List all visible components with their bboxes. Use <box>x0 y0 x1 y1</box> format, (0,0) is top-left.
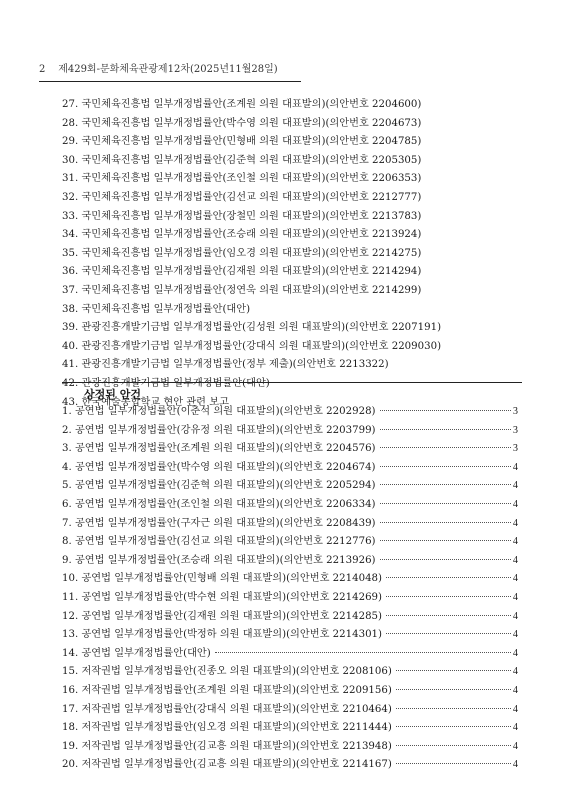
toc-entry[interactable]: 15. 저작권법 일부개정법률안(진종오 의원 대표발의)(의안번호 22081… <box>62 663 518 682</box>
toc-entry-title: 15. 저작권법 일부개정법률안(진종오 의원 대표발의)(의안번호 22081… <box>62 663 392 682</box>
dot-leader <box>386 577 511 578</box>
dot-leader <box>380 466 511 467</box>
toc-page-number: 4 <box>513 477 518 496</box>
toc-entry[interactable]: 17. 저작권법 일부개정법률안(강대식 의원 대표발의)(의안번호 22104… <box>62 701 518 720</box>
toc-page-number: 4 <box>513 738 518 757</box>
toc-entry-title: 5. 공연법 일부개정법률안(김준혁 의원 대표발의)(의안번호 2205294… <box>62 477 376 496</box>
session-title: 제429회-문화체육관광제12차(2025년11월28일) <box>58 64 277 75</box>
dot-leader <box>386 633 511 634</box>
toc-entry[interactable]: 8. 공연법 일부개정법률안(김선교 의원 대표발의)(의안번호 2212776… <box>62 533 518 552</box>
section-heading: 상정된 안건 <box>84 387 141 403</box>
dot-leader <box>396 726 511 727</box>
dot-leader <box>386 615 511 616</box>
dot-leader <box>215 652 511 653</box>
toc-page-number: 4 <box>513 701 518 720</box>
toc-entry[interactable]: 12. 공연법 일부개정법률안(김재원 의원 대표발의)(의안번호 221428… <box>62 608 518 627</box>
toc-page-number: 4 <box>513 608 518 627</box>
toc-page-number: 4 <box>513 496 518 515</box>
toc-entry-title: 4. 공연법 일부개정법률안(박수영 의원 대표발의)(의안번호 2204674… <box>62 459 376 478</box>
toc-entry[interactable]: 2. 공연법 일부개정법률안(강유정 의원 대표발의)(의안번호 2203799… <box>62 422 518 441</box>
toc-entry-title: 20. 저작권법 일부개정법률안(김교흥 의원 대표발의)(의안번호 22141… <box>62 756 392 775</box>
dot-leader <box>380 429 511 430</box>
toc-entry[interactable]: 14. 공연법 일부개정법률안(대안)4 <box>62 645 518 664</box>
toc-page-number: 4 <box>513 663 518 682</box>
agenda-item: 38. 국민체육진흥법 일부개정법률안(대안) <box>62 301 522 320</box>
toc-entry[interactable]: 10. 공연법 일부개정법률안(민형배 의원 대표발의)(의안번호 221404… <box>62 570 518 589</box>
toc-page-number: 3 <box>513 440 518 459</box>
toc-page-number: 4 <box>513 719 518 738</box>
toc-entry[interactable]: 6. 공연법 일부개정법률안(조인철 의원 대표발의)(의안번호 2206334… <box>62 496 518 515</box>
agenda-item: 41. 관광진흥개발기금법 일부개정법률안(정부 제출)(의안번호 221332… <box>62 356 522 375</box>
dot-leader <box>380 522 511 523</box>
agenda-item: 28. 국민체육진흥법 일부개정법률안(박수영 의원 대표발의)(의안번호 22… <box>62 115 522 134</box>
dot-leader <box>380 447 511 448</box>
toc-entry-title: 1. 공연법 일부개정법률안(이춘석 의원 대표발의)(의안번호 2202928… <box>62 403 376 422</box>
agenda-item: 40. 관광진흥개발기금법 일부개정법률안(강대식 의원 대표발의)(의안번호 … <box>62 338 522 357</box>
toc-entry-title: 13. 공연법 일부개정법률안(박정하 의원 대표발의)(의안번호 221430… <box>62 626 382 645</box>
toc-page-number: 3 <box>513 403 518 422</box>
toc-entry[interactable]: 13. 공연법 일부개정법률안(박정하 의원 대표발의)(의안번호 221430… <box>62 626 518 645</box>
toc-entry-title: 2. 공연법 일부개정법률안(강유정 의원 대표발의)(의안번호 2203799… <box>62 422 376 441</box>
agenda-item: 32. 국민체육진흥법 일부개정법률안(김선교 의원 대표발의)(의안번호 22… <box>62 189 522 208</box>
dot-leader <box>380 559 511 560</box>
toc-entry[interactable]: 5. 공연법 일부개정법률안(김준혁 의원 대표발의)(의안번호 2205294… <box>62 477 518 496</box>
agenda-item: 39. 관광진흥개발기금법 일부개정법률안(김성원 의원 대표발의)(의안번호 … <box>62 319 522 338</box>
agenda-item: 34. 국민체육진흥법 일부개정법률안(조승래 의원 대표발의)(의안번호 22… <box>62 226 522 245</box>
toc-entry[interactable]: 19. 저작권법 일부개정법률안(김교흥 의원 대표발의)(의안번호 22139… <box>62 738 518 757</box>
toc-entry-title: 19. 저작권법 일부개정법률안(김교흥 의원 대표발의)(의안번호 22139… <box>62 738 392 757</box>
dot-leader <box>396 763 511 764</box>
dot-leader <box>396 689 511 690</box>
page-header: 2 제429회-문화체육관광제12차(2025년11월28일) <box>39 63 301 82</box>
toc-entry-title: 12. 공연법 일부개정법률안(김재원 의원 대표발의)(의안번호 221428… <box>62 608 382 627</box>
toc-entry[interactable]: 3. 공연법 일부개정법률안(조계원 의원 대표발의)(의안번호 2204576… <box>62 440 518 459</box>
agenda-list-continued: 27. 국민체육진흥법 일부개정법률안(조계원 의원 대표발의)(의안번호 22… <box>62 96 522 412</box>
toc-entry[interactable]: 11. 공연법 일부개정법률안(박수현 의원 대표발의)(의안번호 221426… <box>62 589 518 608</box>
agenda-item: 29. 국민체육진흥법 일부개정법률안(민형배 의원 대표발의)(의안번호 22… <box>62 133 522 152</box>
toc-entry-title: 9. 공연법 일부개정법률안(조승래 의원 대표발의)(의안번호 2213926… <box>62 552 376 571</box>
dot-leader <box>380 503 511 504</box>
toc-page-number: 4 <box>513 459 518 478</box>
dot-leader <box>386 596 511 597</box>
agenda-item: 31. 국민체육진흥법 일부개정법률안(조인철 의원 대표발의)(의안번호 22… <box>62 170 522 189</box>
dot-leader <box>396 670 511 671</box>
toc-page-number: 3 <box>513 422 518 441</box>
dot-leader <box>380 410 511 411</box>
toc-page-number: 4 <box>513 645 518 664</box>
toc-entry[interactable]: 1. 공연법 일부개정법률안(이춘석 의원 대표발의)(의안번호 2202928… <box>62 403 518 422</box>
toc-entry-title: 6. 공연법 일부개정법률안(조인철 의원 대표발의)(의안번호 2206334… <box>62 496 376 515</box>
toc-page-number: 4 <box>513 756 518 775</box>
agenda-item: 35. 국민체육진흥법 일부개정법률안(임오경 의원 대표발의)(의안번호 22… <box>62 245 522 264</box>
toc-entry[interactable]: 20. 저작권법 일부개정법률안(김교흥 의원 대표발의)(의안번호 22141… <box>62 756 518 775</box>
toc-page-number: 4 <box>513 515 518 534</box>
dot-leader <box>380 540 511 541</box>
dot-leader <box>396 708 511 709</box>
toc-entry-title: 3. 공연법 일부개정법률안(조계원 의원 대표발의)(의안번호 2204576… <box>62 440 376 459</box>
agenda-item: 37. 국민체육진흥법 일부개정법률안(정연욱 의원 대표발의)(의안번호 22… <box>62 282 522 301</box>
toc-entry-title: 11. 공연법 일부개정법률안(박수현 의원 대표발의)(의안번호 221426… <box>62 589 382 608</box>
agenda-item: 27. 국민체육진흥법 일부개정법률안(조계원 의원 대표발의)(의안번호 22… <box>62 96 522 115</box>
toc-entry-title: 10. 공연법 일부개정법률안(민형배 의원 대표발의)(의안번호 221404… <box>62 570 382 589</box>
toc-entry-title: 18. 저작권법 일부개정법률안(임오경 의원 대표발의)(의안번호 22114… <box>62 719 392 738</box>
toc-entry[interactable]: 4. 공연법 일부개정법률안(박수영 의원 대표발의)(의안번호 2204674… <box>62 459 518 478</box>
toc-entry[interactable]: 16. 저작권법 일부개정법률안(조계원 의원 대표발의)(의안번호 22091… <box>62 682 518 701</box>
dot-leader <box>380 484 511 485</box>
agenda-item: 30. 국민체육진흥법 일부개정법률안(김준혁 의원 대표발의)(의안번호 22… <box>62 152 522 171</box>
dot-leader <box>396 745 511 746</box>
toc-page-number: 4 <box>513 533 518 552</box>
toc-entry[interactable]: 18. 저작권법 일부개정법률안(임오경 의원 대표발의)(의안번호 22114… <box>62 719 518 738</box>
toc-page-number: 4 <box>513 626 518 645</box>
toc-page-number: 4 <box>513 682 518 701</box>
agenda-item: 33. 국민체육진흥법 일부개정법률안(장철민 의원 대표발의)(의안번호 22… <box>62 208 522 227</box>
page-number: 2 <box>39 63 55 77</box>
toc-entry[interactable]: 9. 공연법 일부개정법률안(조승래 의원 대표발의)(의안번호 2213926… <box>62 552 518 571</box>
toc-page-number: 4 <box>513 570 518 589</box>
toc-entry-title: 7. 공연법 일부개정법률안(구자근 의원 대표발의)(의안번호 2208439… <box>62 515 376 534</box>
toc-entry-title: 17. 저작권법 일부개정법률안(강대식 의원 대표발의)(의안번호 22104… <box>62 701 392 720</box>
toc-page-number: 4 <box>513 589 518 608</box>
agenda-item: 36. 국민체육진흥법 일부개정법률안(김재원 의원 대표발의)(의안번호 22… <box>62 263 522 282</box>
toc-entry-title: 8. 공연법 일부개정법률안(김선교 의원 대표발의)(의안번호 2212776… <box>62 533 376 552</box>
toc-entry[interactable]: 7. 공연법 일부개정법률안(구자근 의원 대표발의)(의안번호 2208439… <box>62 515 518 534</box>
toc-entry-title: 16. 저작권법 일부개정법률안(조계원 의원 대표발의)(의안번호 22091… <box>62 682 392 701</box>
tabled-items-toc: 1. 공연법 일부개정법률안(이춘석 의원 대표발의)(의안번호 2202928… <box>62 403 518 775</box>
toc-entry-title: 14. 공연법 일부개정법률안(대안) <box>62 645 211 664</box>
section-divider <box>62 382 522 383</box>
toc-page-number: 4 <box>513 552 518 571</box>
